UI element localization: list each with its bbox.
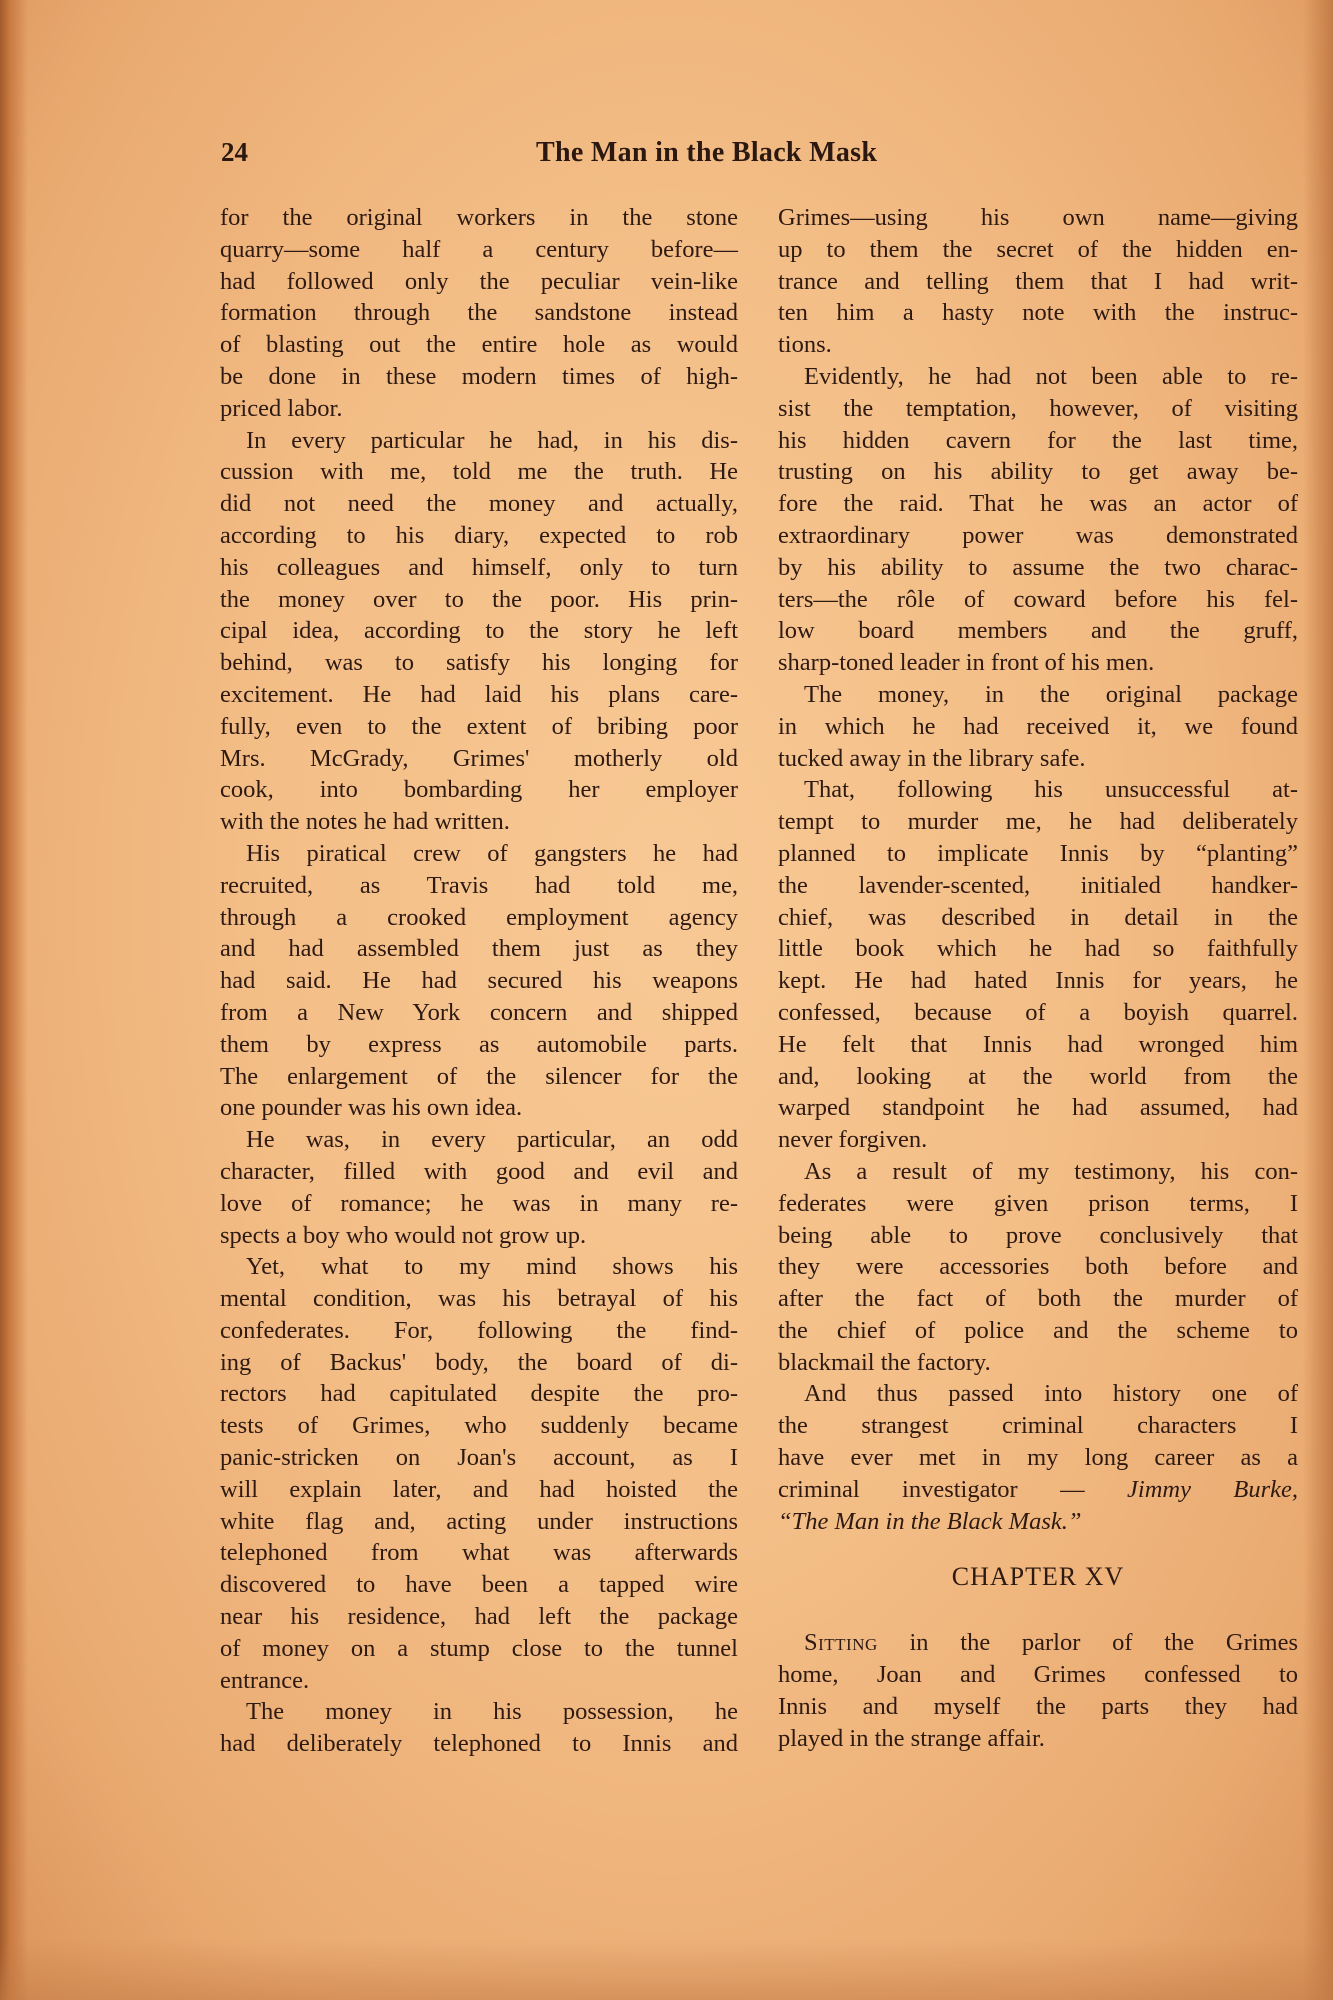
text-line: character, filled with good and evil and [220, 1156, 738, 1188]
text-line: never forgiven. [778, 1124, 1298, 1156]
text-line: formation through the sandstone instead [220, 297, 738, 329]
text-line: up to them the secret of the hidden en- [778, 234, 1298, 266]
text-line: have ever met in my long career as a [778, 1442, 1298, 1474]
text-line: for the original workers in the stone [220, 202, 738, 234]
text-line: from a New York concern and shipped [220, 997, 738, 1029]
text-line: tions. [778, 329, 1298, 361]
text-line: planned to implicate Innis by “planting” [778, 838, 1298, 870]
text-line: warped standpoint he had assumed, had [778, 1092, 1298, 1124]
left-column: for the original workers in the stone qu… [220, 202, 738, 1760]
text-line: played in the strange affair. [778, 1723, 1298, 1755]
text-line: The enlargement of the silencer for the [220, 1061, 738, 1093]
right-column: Grimes—using his own name—giving up to t… [778, 202, 1298, 1755]
text-line: and, looking at the world from the [778, 1061, 1298, 1093]
text-line: love of romance; he was in many re- [220, 1188, 738, 1220]
text-line: recruited, as Travis had told me, [220, 870, 738, 902]
text-line: them by express as automobile parts. [220, 1029, 738, 1061]
text-line: of money on a stump close to the tunnel [220, 1633, 738, 1665]
text-line: priced labor. [220, 393, 738, 425]
text-line: Grimes—using his own name—giving [778, 202, 1298, 234]
text-line: tempt to murder me, he had deliberately [778, 806, 1298, 838]
chapter-heading: CHAPTER XV [778, 1561, 1298, 1593]
text-line: ten him a hasty note with the instruc- [778, 297, 1298, 329]
text-line: white flag and, acting under instruction… [220, 1506, 738, 1538]
text-line: had deliberately telephoned to Innis and [220, 1728, 738, 1760]
text-line: after the fact of both the murder of [778, 1283, 1298, 1315]
text-line: sist the temptation, however, of visitin… [778, 393, 1298, 425]
text-line: cook, into bombarding her employer [220, 774, 738, 806]
paragraph-start-line: That, following his unsuccessful at- [778, 774, 1298, 806]
text-line: cussion with me, told me the truth. He [220, 456, 738, 488]
text-line: be done in these modern times of high- [220, 361, 738, 393]
paragraph-start-line: He was, in every particular, an odd [220, 1124, 738, 1156]
text-line: tests of Grimes, who suddenly became [220, 1410, 738, 1442]
text-line: little book which he had so faithfully [778, 933, 1298, 965]
running-head: 24 The Man in the Black Mask [0, 137, 1333, 177]
text-line: kept. He had hated Innis for years, he [778, 965, 1298, 997]
page-edge-right [1303, 0, 1333, 2000]
text-line: entrance. [220, 1665, 738, 1697]
text-line: spects a boy who would not grow up. [220, 1220, 738, 1252]
paragraph-start-line: Evidently, he had not been able to re- [778, 361, 1298, 393]
page-number: 24 [221, 137, 248, 168]
paragraph-start-line: As a result of my testimony, his con- [778, 1156, 1298, 1188]
text-line: trusting on his ability to get away be- [778, 456, 1298, 488]
text-line: ing of Backus' body, the board of di- [220, 1347, 738, 1379]
paragraph-start-line: Yet, what to my mind shows his [220, 1251, 738, 1283]
text-line: confessed, because of a boyish quarrel. [778, 997, 1298, 1029]
text-line: home, Joan and Grimes confessed to [778, 1659, 1298, 1691]
text-line: chief, was described in detail in the [778, 902, 1298, 934]
text-line: fully, even to the extent of bribing poo… [220, 711, 738, 743]
text-line: telephoned from what was afterwards [220, 1537, 738, 1569]
text-line: the chief of police and the scheme to [778, 1315, 1298, 1347]
signature-title: “The Man in the Black Mask.” [778, 1506, 1298, 1538]
text-line: fore the raid. That he was an actor of [778, 488, 1298, 520]
running-title: The Man in the Black Mask [536, 137, 877, 169]
text-line: they were accessories both before and [778, 1251, 1298, 1283]
text-line: and had assembled them just as they [220, 933, 738, 965]
text-line: near his residence, had left the package [220, 1601, 738, 1633]
paragraph-start-line: The money in his possession, he [220, 1696, 738, 1728]
paragraph-start-line: His piratical crew of gangsters he had [220, 838, 738, 870]
paragraph-start-line: In every particular he had, in his dis- [220, 425, 738, 457]
paragraph-start-line: The money, in the original package [778, 679, 1298, 711]
text-line: panic-stricken on Joan's account, as I [220, 1442, 738, 1474]
text-line: ters—the rôle of coward before his fel- [778, 584, 1298, 616]
text-line: rectors had capitulated despite the pro- [220, 1378, 738, 1410]
text-line: blackmail the factory. [778, 1347, 1298, 1379]
text-line: sharp-toned leader in front of his men. [778, 647, 1298, 679]
text-line: his colleagues and himself, only to turn [220, 552, 738, 584]
text-line: with the notes he had written. [220, 806, 738, 838]
text-line: mental condition, was his betrayal of hi… [220, 1283, 738, 1315]
text-line: one pounder was his own idea. [220, 1092, 738, 1124]
text-line: the lavender-scented, initialed handker- [778, 870, 1298, 902]
text-line: extraordinary power was demonstrated [778, 520, 1298, 552]
page-edge-bottom [0, 1940, 1333, 2000]
text-line: by his ability to assume the two charac- [778, 552, 1298, 584]
text-line: tucked away in the library safe. [778, 743, 1298, 775]
text-line: quarry—some half a century before— [220, 234, 738, 266]
text-line: He felt that Innis had wronged him [778, 1029, 1298, 1061]
text-line: through a crooked employment agency [220, 902, 738, 934]
text-line: Innis and myself the parts they had [778, 1691, 1298, 1723]
page-edge-left [0, 0, 28, 2000]
text-line: will explain later, and had hoisted the [220, 1474, 738, 1506]
chapter-opening-rest: in the parlor of the Grimes [878, 1629, 1298, 1656]
signature-prefix: criminal investigator — [778, 1476, 1085, 1503]
text-line: according to his diary, expected to rob [220, 520, 738, 552]
text-line: federates were given prison terms, I [778, 1188, 1298, 1220]
text-line: cipal idea, according to the story he le… [220, 615, 738, 647]
chapter-opening-smallcaps: Sitting [804, 1629, 878, 1656]
text-line: of blasting out the entire hole as would [220, 329, 738, 361]
text-line: behind, was to satisfy his longing for [220, 647, 738, 679]
text-line: the strangest criminal characters I [778, 1410, 1298, 1442]
text-line: trance and telling them that I had writ- [778, 266, 1298, 298]
author-signature: Jimmy Burke, [1127, 1476, 1298, 1503]
text-line: excitement. He had laid his plans care- [220, 679, 738, 711]
text-line: had followed only the peculiar vein-like [220, 266, 738, 298]
text-line: had said. He had secured his weapons [220, 965, 738, 997]
text-line: did not need the money and actually, [220, 488, 738, 520]
text-line: low board members and the gruff, [778, 615, 1298, 647]
signature-line: criminal investigator — Jimmy Burke, [778, 1474, 1298, 1506]
chapter-opening-line: Sitting in the parlor of the Grimes [778, 1627, 1298, 1659]
text-line: confederates. For, following the find- [220, 1315, 738, 1347]
text-line: his hidden cavern for the last time, [778, 425, 1298, 457]
text-line: being able to prove conclusively that [778, 1220, 1298, 1252]
text-line: in which he had received it, we found [778, 711, 1298, 743]
text-line: discovered to have been a tapped wire [220, 1569, 738, 1601]
paragraph-start-line: And thus passed into history one of [778, 1378, 1298, 1410]
text-line: Mrs. McGrady, Grimes' motherly old [220, 743, 738, 775]
text-line: the money over to the poor. His prin- [220, 584, 738, 616]
